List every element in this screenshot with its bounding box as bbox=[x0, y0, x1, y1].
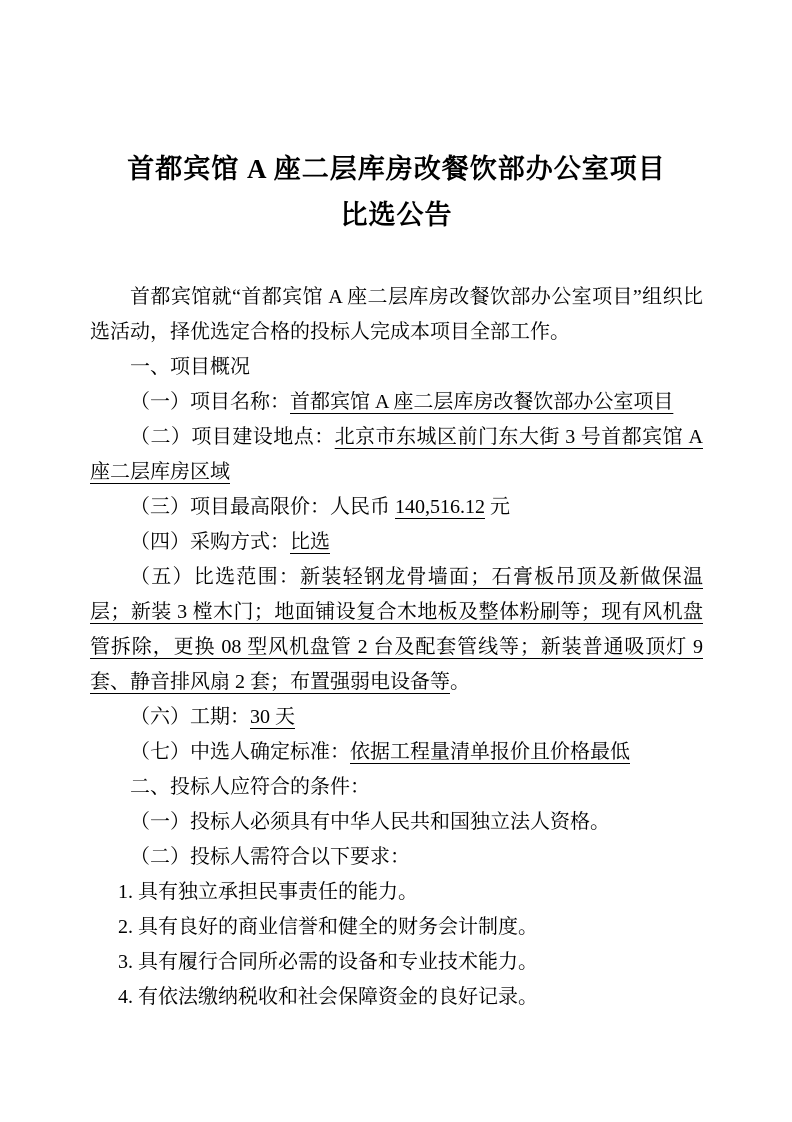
text-segment: 4. 有依法缴纳税收和社会保障资金的良好记录。 bbox=[118, 986, 538, 1008]
text-segment: 3. 具有履行合同所必需的设备和专业技术能力。 bbox=[118, 951, 538, 973]
text-segment: （七）中选人确定标准： bbox=[130, 741, 350, 763]
paragraph-section-2-heading: 二、投标人应符合的条件： bbox=[90, 770, 703, 805]
text-segment: 。 bbox=[450, 671, 470, 693]
text-segment: 二、投标人应符合的条件： bbox=[130, 776, 370, 798]
paragraph-scope: （五）比选范围：新装轻钢龙骨墙面；石膏板吊顶及新做保温层；新装 3 樘木门；地面… bbox=[90, 560, 703, 700]
paragraph-duration: （六）工期：30 天 bbox=[90, 700, 703, 735]
title-line-2: 比选公告 bbox=[90, 192, 703, 238]
text-segment: （五）比选范围： bbox=[130, 566, 300, 588]
text-segment: 元 bbox=[485, 496, 510, 518]
paragraph-project-name: （一）项目名称：首都宾馆 A 座二层库房改餐饮部办公室项目 bbox=[90, 385, 703, 420]
paragraph-project-location: （二）项目建设地点：北京市东城区前门东大街 3 号首都宾馆 A 座二层库房区域 bbox=[90, 420, 703, 490]
text-segment: 一、项目概况 bbox=[130, 356, 250, 378]
document-body: 首都宾馆就“首都宾馆 A 座二层库房改餐饮部办公室项目”组织比选活动，择优选定合… bbox=[90, 280, 703, 1015]
text-segment: （二）投标人需符合以下要求： bbox=[130, 846, 410, 868]
paragraph-price-limit: （三）项目最高限价：人民币 140,516.12 元 bbox=[90, 490, 703, 525]
text-segment: （一）投标人必须具有中华人民共和国独立法人资格。 bbox=[130, 811, 610, 833]
underlined-text: 首都宾馆 A 座二层库房改餐饮部办公室项目 bbox=[290, 391, 673, 413]
underlined-text: 140,516.12 bbox=[395, 496, 485, 518]
paragraph-bidder-condition-2: （二）投标人需符合以下要求： bbox=[90, 840, 703, 875]
underlined-text: 比选 bbox=[290, 531, 330, 553]
paragraph-procurement-method: （四）采购方式：比选 bbox=[90, 525, 703, 560]
paragraph-requirement-1: 1. 具有独立承担民事责任的能力。 bbox=[90, 875, 703, 910]
document-page: 首都宾馆 A 座二层库房改餐饮部办公室项目 比选公告 首都宾馆就“首都宾馆 A … bbox=[0, 0, 792, 1122]
text-segment: （一）项目名称： bbox=[130, 391, 290, 413]
paragraph-section-1-heading: 一、项目概况 bbox=[90, 350, 703, 385]
text-segment: （三）项目最高限价：人民币 bbox=[130, 496, 395, 518]
title-line-1: 首都宾馆 A 座二层库房改餐饮部办公室项目 bbox=[90, 146, 703, 192]
paragraph-intro: 首都宾馆就“首都宾馆 A 座二层库房改餐饮部办公室项目”组织比选活动，择优选定合… bbox=[90, 280, 703, 350]
document-content: 首都宾馆 A 座二层库房改餐饮部办公室项目 比选公告 首都宾馆就“首都宾馆 A … bbox=[0, 146, 792, 1015]
text-segment: 首都宾馆就“首都宾馆 A 座二层库房改餐饮部办公室项目”组织比选活动，择优选定合… bbox=[90, 286, 703, 343]
text-segment: 1. 具有独立承担民事责任的能力。 bbox=[118, 881, 418, 903]
paragraph-requirement-2: 2. 具有良好的商业信誉和健全的财务会计制度。 bbox=[90, 910, 703, 945]
underlined-text: 30 天 bbox=[250, 706, 295, 728]
paragraph-requirement-3: 3. 具有履行合同所必需的设备和专业技术能力。 bbox=[90, 945, 703, 980]
text-segment: （六）工期： bbox=[130, 706, 250, 728]
paragraph-bidder-condition-1: （一）投标人必须具有中华人民共和国独立法人资格。 bbox=[90, 805, 703, 840]
text-segment: （二）项目建设地点： bbox=[130, 426, 335, 448]
paragraph-selection-criteria: （七）中选人确定标准：依据工程量清单报价且价格最低 bbox=[90, 735, 703, 770]
document-title: 首都宾馆 A 座二层库房改餐饮部办公室项目 比选公告 bbox=[90, 146, 703, 238]
text-segment: （四）采购方式： bbox=[130, 531, 290, 553]
paragraph-requirement-4: 4. 有依法缴纳税收和社会保障资金的良好记录。 bbox=[90, 980, 703, 1015]
text-segment: 2. 具有良好的商业信誉和健全的财务会计制度。 bbox=[118, 916, 538, 938]
underlined-text: 依据工程量清单报价且价格最低 bbox=[350, 741, 630, 763]
